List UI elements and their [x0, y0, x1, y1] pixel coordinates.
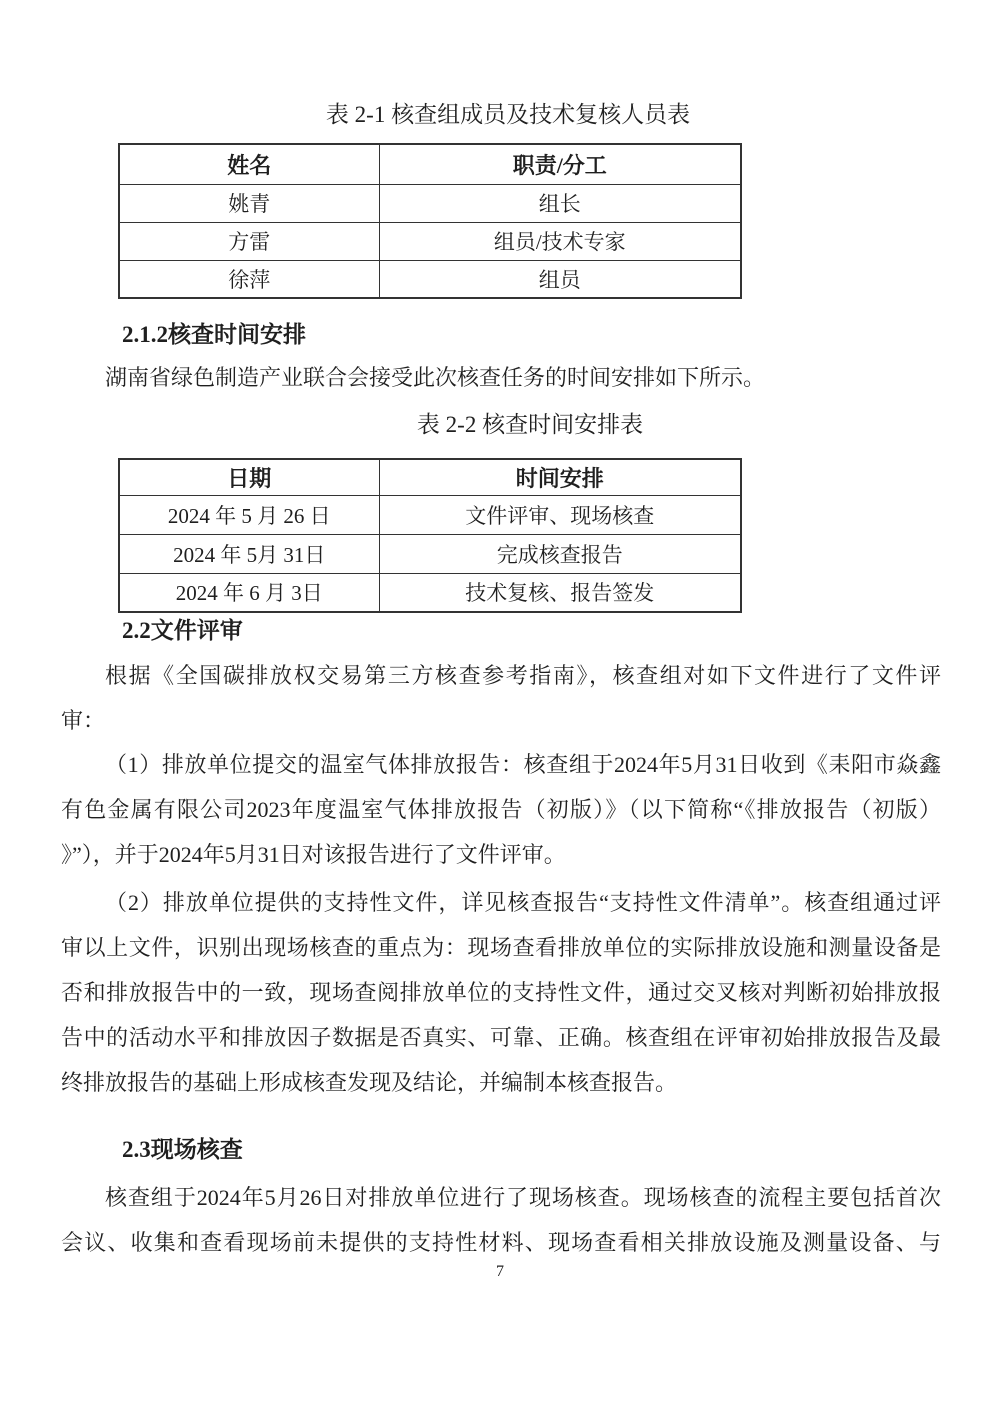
table-row: 姚青 组长 [119, 184, 741, 222]
header-cell-schedule: 时间安排 [379, 459, 741, 495]
table-row: 方雷 组员/技术专家 [119, 222, 741, 260]
cell-schedule: 技术复核、报告签发 [379, 573, 741, 612]
cell-name: 方雷 [119, 222, 379, 260]
paragraph-line: 告中的活动水平和排放因子数据是否真实、可靠、正确。核查组在评审初始排放报告及最 [61, 1015, 941, 1060]
page-number: 7 [496, 1261, 504, 1283]
table-row: 徐萍 组员 [119, 260, 741, 298]
table-header-row: 日期 时间安排 [119, 459, 741, 495]
paragraph-22-1: 根据《全国碳排放权交易第三方核查参考指南》，核查组对如下文件进行了文件评 审： [61, 653, 941, 743]
cell-duty: 组员 [379, 260, 741, 298]
document-page: 表 2-1 核查组成员及技术复核人员表 姓名 职责/分工 姚青 组长 方雷 组员… [0, 0, 1000, 1414]
cell-duty: 组长 [379, 184, 741, 222]
header-cell-date: 日期 [119, 459, 379, 495]
table-row: 2024 年 6 月 3日 技术复核、报告签发 [119, 573, 741, 612]
table-row: 2024 年 5月 31日 完成核查报告 [119, 534, 741, 573]
paragraph-line: 否和排放报告中的一致，现场查阅排放单位的支持性文件，通过交叉核对判断初始排放报 [61, 970, 941, 1015]
header-cell-name: 姓名 [119, 144, 379, 184]
paragraph-22-item2: （2）排放单位提供的支持性文件，详见核查报告“支持性文件清单”。核查组通过评 审… [61, 880, 941, 1105]
paragraph-line: 》”），并于2024年5月31日对该报告进行了文件评审。 [61, 832, 941, 877]
cell-schedule: 完成核查报告 [379, 534, 741, 573]
table1-caption: 表 2-1 核查组成员及技术复核人员表 [326, 100, 690, 130]
cell-name: 姚青 [119, 184, 379, 222]
table2-caption: 表 2-2 核查时间安排表 [417, 410, 643, 440]
cell-date: 2024 年 6 月 3日 [119, 573, 379, 612]
table-header-row: 姓名 职责/分工 [119, 144, 741, 184]
paragraph-23: 核查组于2024年5月26日对排放单位进行了现场核查。现场核查的流程主要包括首次… [61, 1175, 941, 1265]
section-heading-23: 2.3现场核查 [122, 1133, 243, 1167]
section-heading-22: 2.2文件评审 [122, 614, 243, 648]
paragraph-22-item1: （1）排放单位提交的温室气体排放报告：核查组于2024年5月31日收到《耒阳市焱… [61, 742, 941, 877]
cell-name: 徐萍 [119, 260, 379, 298]
paragraph-line: 会议、收集和查看现场前未提供的支持性材料、现场查看相关排放设施及测量设备、与 [61, 1220, 941, 1265]
cell-duty: 组员/技术专家 [379, 222, 741, 260]
paragraph-line: 审： [61, 698, 941, 743]
schedule-table: 日期 时间安排 2024 年 5 月 26 日 文件评审、现场核查 2024 年… [118, 458, 742, 613]
verification-team-table: 姓名 职责/分工 姚青 组长 方雷 组员/技术专家 徐萍 组员 [118, 143, 742, 299]
paragraph-line: 终排放报告的基础上形成核查发现及结论，并编制本核查报告。 [61, 1060, 941, 1105]
section-heading-212: 2.1.2核查时间安排 [122, 318, 306, 352]
paragraph-line: （1）排放单位提交的温室气体排放报告：核查组于2024年5月31日收到《耒阳市焱… [61, 742, 941, 787]
table-row: 2024 年 5 月 26 日 文件评审、现场核查 [119, 495, 741, 534]
paragraph-line: 核查组于2024年5月26日对排放单位进行了现场核查。现场核查的流程主要包括首次 [61, 1175, 941, 1220]
paragraph-line: 有色金属有限公司2023年度温室气体排放报告（初版）》（以下简称“《排放报告（初… [61, 787, 941, 832]
cell-schedule: 文件评审、现场核查 [379, 495, 741, 534]
paragraph-212: 湖南省绿色制造产业联合会接受此次核查任务的时间安排如下所示。 [61, 355, 941, 400]
paragraph-line: 审以上文件，识别出现场核查的重点为：现场查看排放单位的实际排放设施和测量设备是 [61, 925, 941, 970]
paragraph-line: 湖南省绿色制造产业联合会接受此次核查任务的时间安排如下所示。 [61, 355, 941, 400]
cell-date: 2024 年 5 月 26 日 [119, 495, 379, 534]
cell-date: 2024 年 5月 31日 [119, 534, 379, 573]
paragraph-line: （2）排放单位提供的支持性文件，详见核查报告“支持性文件清单”。核查组通过评 [61, 880, 941, 925]
paragraph-line: 根据《全国碳排放权交易第三方核查参考指南》，核查组对如下文件进行了文件评 [61, 653, 941, 698]
header-cell-duty: 职责/分工 [379, 144, 741, 184]
